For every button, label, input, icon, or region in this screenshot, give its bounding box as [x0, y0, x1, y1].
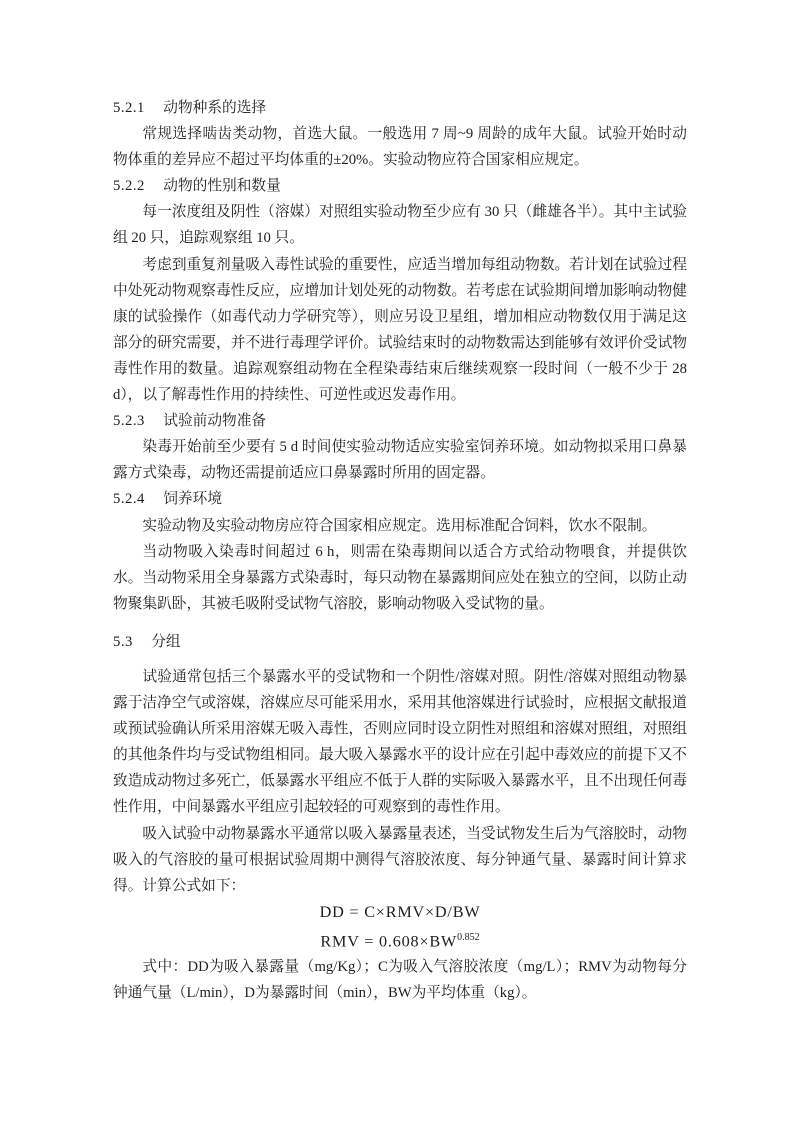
section-number: 5.2.1 — [113, 95, 145, 121]
section-title: 分组 — [151, 634, 180, 650]
formula-rmv-exponent: 0.852 — [457, 932, 480, 943]
formula-rmv: RMV = 0.608×BW0.852 — [113, 925, 687, 954]
section-heading-5-2-4: 5.2.4饲养环境 — [113, 486, 687, 512]
paragraph-housing-requirements: 实验动物及实验动物房应符合国家相应规定。选用标准配合饲料，饮水不限制。 — [113, 513, 687, 539]
section-title: 饲养环境 — [163, 491, 222, 507]
section-number: 5.2.4 — [113, 486, 145, 512]
section-heading-5-2-1: 5.2.1动物种系的选择 — [113, 95, 687, 121]
paragraph-feeding-during-exposure: 当动物吸入染毒时间超过 6 h，则需在染毒期间以适合方式给动物喂食，并提供饮水。… — [113, 539, 687, 617]
section-heading-5-2-2: 5.2.2动物的性别和数量 — [113, 173, 687, 199]
section-title: 试验前动物准备 — [163, 413, 266, 429]
formula-dd-text: DD = C×RMV×D/BW — [320, 903, 481, 921]
section-number: 5.3 — [113, 629, 133, 655]
section-heading-5-3: 5.3分组 — [113, 629, 687, 655]
section-heading-5-2-3: 5.2.3试验前动物准备 — [113, 408, 687, 434]
section-number: 5.2.2 — [113, 173, 145, 199]
section-title: 动物种系的选择 — [163, 100, 266, 116]
formula-dd: DD = C×RMV×D/BW — [113, 899, 687, 925]
paragraph-formula-legend: 式中：DD为吸入暴露量（mg/Kg）；C为吸入气溶胶浓度（mg/L）；RMV为动… — [113, 954, 687, 1006]
paragraph-species-selection: 常规选择啮齿类动物，首选大鼠。一般选用 7 周~9 周龄的成年大鼠。试验开始时动… — [113, 121, 687, 173]
paragraph-grouping-design: 试验通常包括三个暴露水平的受试物和一个阴性/溶媒对照。阴性/溶媒对照组动物暴露于… — [113, 664, 687, 821]
section-number: 5.2.3 — [113, 408, 145, 434]
formula-rmv-base: RMV = 0.608×BW — [320, 932, 457, 950]
document-page: 5.2.1动物种系的选择 常规选择啮齿类动物，首选大鼠。一般选用 7 周~9 周… — [0, 0, 793, 1122]
paragraph-animal-count: 每一浓度组及阴性（溶媒）对照组实验动物至少应有 30 只（雌雄各半）。其中主试验… — [113, 199, 687, 251]
paragraph-exposure-dose-description: 吸入试验中动物暴露水平通常以吸入暴露量表述，当受试物发生后为气溶胶时，动物吸入的… — [113, 821, 687, 899]
paragraph-pre-test-preparation: 染毒开始前至少要有 5 d 时间使实验动物适应实验室饲养环境。如动物拟采用口鼻暴… — [113, 434, 687, 486]
section-title: 动物的性别和数量 — [163, 178, 281, 194]
paragraph-extra-animals: 考虑到重复剂量吸入毒性试验的重要性，应适当增加每组动物数。若计划在试验过程中处死… — [113, 252, 687, 409]
